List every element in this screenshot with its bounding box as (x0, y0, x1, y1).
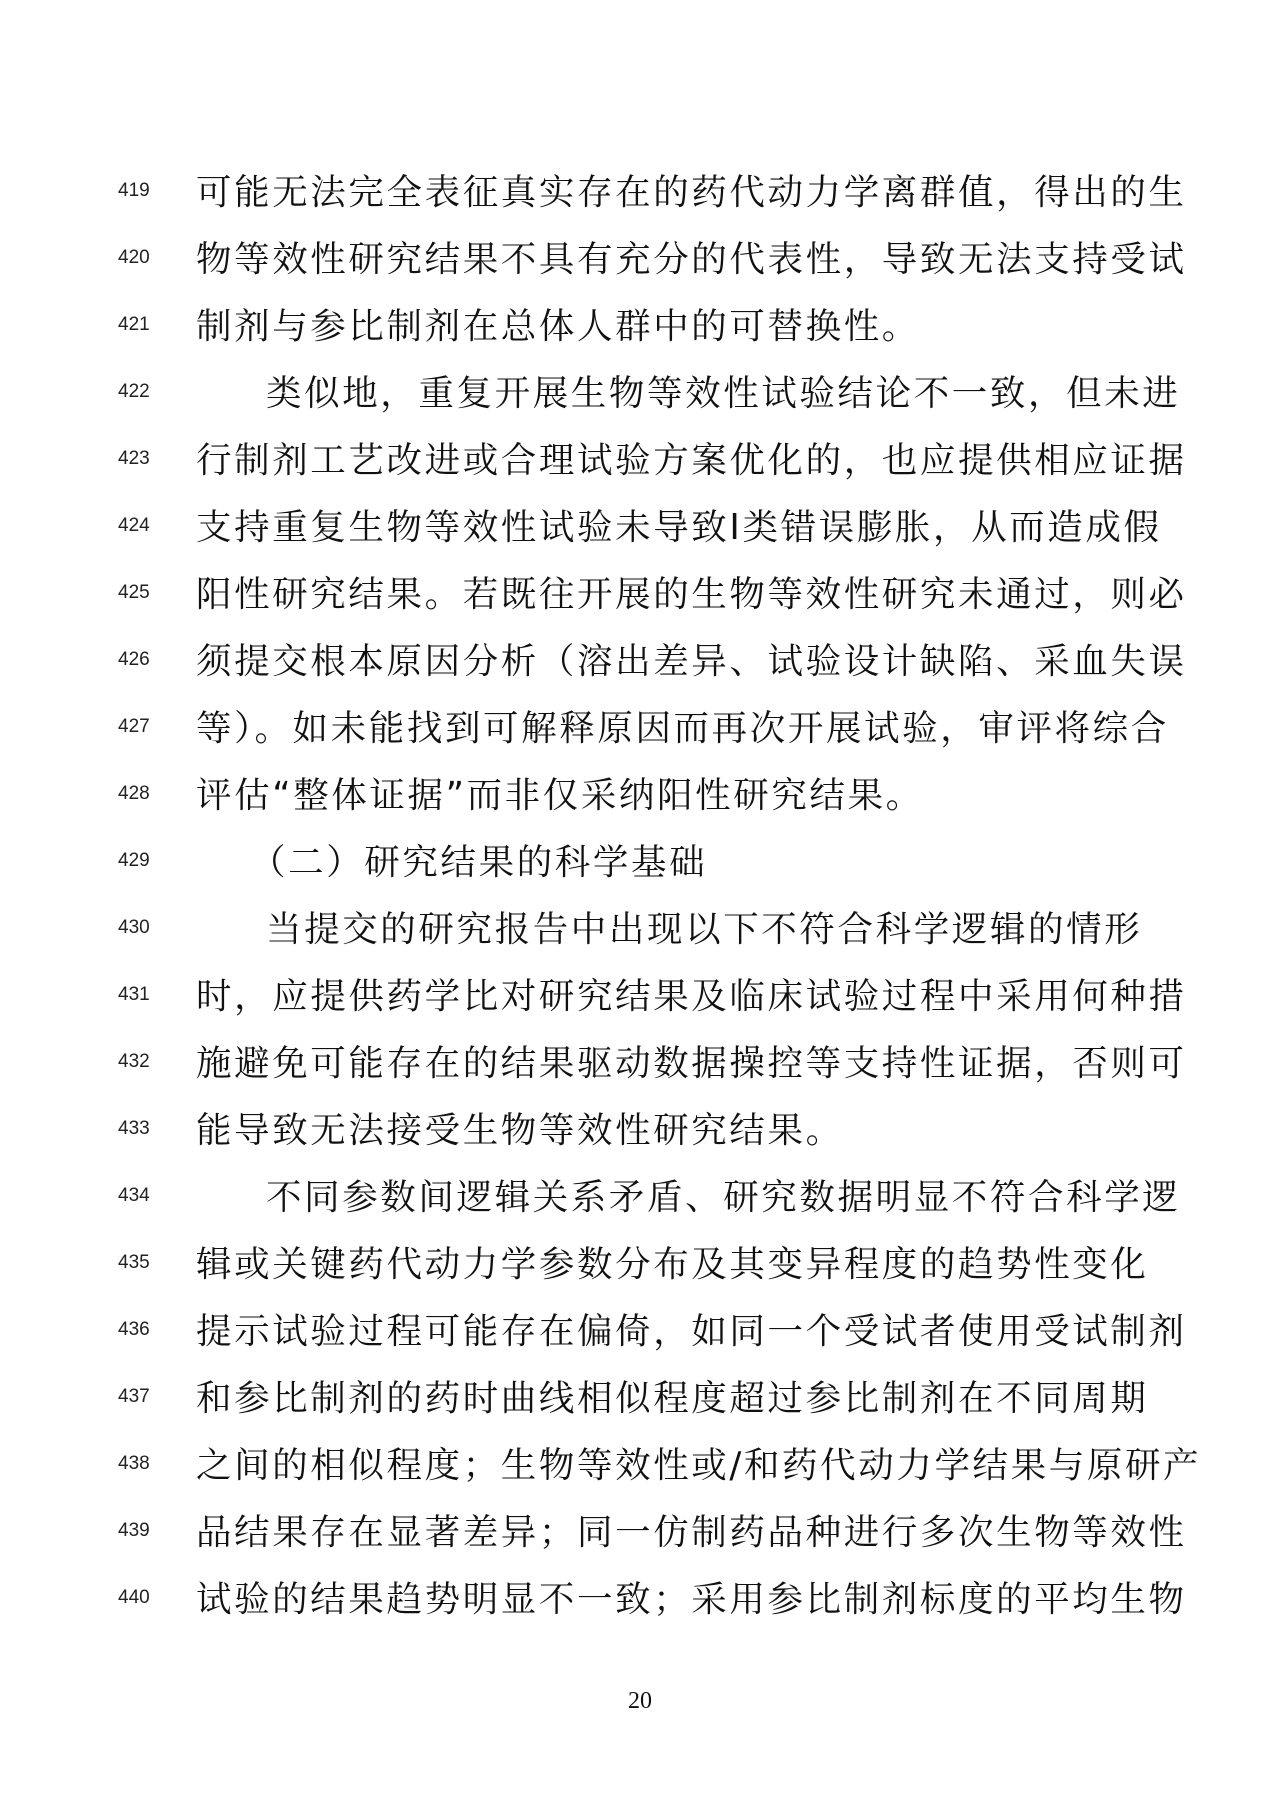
line-number: 421 (118, 314, 166, 336)
line-text: 评估“整体证据”而非仅采纳阳性研究结果。 (196, 767, 1096, 818)
line-number: 438 (118, 1453, 166, 1475)
text-line: 422 类似地，重复开展生物等效性试验结论不一致，但未进 (0, 361, 1280, 428)
line-number: 422 (118, 381, 166, 403)
line-text: 能导致无法接受生物等效性研究结果。 (196, 1102, 1096, 1153)
line-number: 426 (118, 649, 166, 671)
text-line: 420 物等效性研究结果不具有充分的代表性，导致无法支持受试 (0, 227, 1280, 294)
text-line: 435 辑或关键药代动力学参数分布及其变异程度的趋势性变化 (0, 1232, 1280, 1299)
line-number: 430 (118, 917, 166, 939)
line-number: 419 (118, 180, 166, 202)
line-text: 阳性研究结果。若既往开展的生物等效性研究未通过，则必 (196, 566, 1096, 617)
line-text: 时，应提供药学比对研究结果及临床试验过程中采用何种措 (196, 968, 1096, 1019)
text-line: 421 制剂与参比制剂在总体人群中的可替换性。 (0, 294, 1280, 361)
line-text: 提示试验过程可能存在偏倚，如同一个受试者使用受试制剂 (196, 1303, 1096, 1354)
text-line: 427 等）。如未能找到可解释原因而再次开展试验，审评将综合 (0, 696, 1280, 763)
line-text: 须提交根本原因分析（溶出差异、试验设计缺陷、采血失误 (196, 633, 1096, 684)
line-number: 424 (118, 515, 166, 537)
line-text: 施避免可能存在的结果驱动数据操控等支持性证据，否则可 (196, 1035, 1096, 1086)
line-number: 428 (118, 783, 166, 805)
text-line: 439 品结果存在显著差异；同一仿制药品种进行多次生物等效性 (0, 1500, 1280, 1567)
text-line: 430 当提交的研究报告中出现以下不符合科学逻辑的情形 (0, 897, 1280, 964)
line-text: 可能无法完全表征真实存在的药代动力学离群值，得出的生 (196, 164, 1096, 215)
paragraph-start-text: 当提交的研究报告中出现以下不符合科学逻辑的情形 (266, 901, 1166, 952)
line-text: 物等效性研究结果不具有充分的代表性，导致无法支持受试 (196, 231, 1096, 282)
line-number: 432 (118, 1051, 166, 1073)
line-number: 425 (118, 582, 166, 604)
line-number: 439 (118, 1520, 166, 1542)
text-line: 429 （二）研究结果的科学基础 (0, 830, 1280, 897)
text-line: 438 之间的相似程度；生物等效性或/和药代动力学结果与原研产 (0, 1433, 1280, 1500)
line-text: 等）。如未能找到可解释原因而再次开展试验，审评将综合 (196, 700, 1096, 751)
line-number: 437 (118, 1386, 166, 1408)
line-number: 435 (118, 1252, 166, 1274)
text-line: 423 行制剂工艺改进或合理试验方案优化的，也应提供相应证据 (0, 428, 1280, 495)
line-text: 之间的相似程度；生物等效性或/和药代动力学结果与原研产 (196, 1437, 1096, 1488)
line-number: 433 (118, 1118, 166, 1140)
line-number: 420 (118, 247, 166, 269)
text-line: 432 施避免可能存在的结果驱动数据操控等支持性证据，否则可 (0, 1031, 1280, 1098)
text-line: 428 评估“整体证据”而非仅采纳阳性研究结果。 (0, 763, 1280, 830)
text-line: 437 和参比制剂的药时曲线相似程度超过参比制剂在不同周期 (0, 1366, 1280, 1433)
paragraph-start-text: 类似地，重复开展生物等效性试验结论不一致，但未进 (266, 365, 1166, 416)
document-page: 419 可能无法完全表征真实存在的药代动力学离群值，得出的生 420 物等效性研… (0, 0, 1280, 1810)
section-heading: （二）研究结果的科学基础 (250, 834, 1150, 885)
paragraph-start-text: 不同参数间逻辑关系矛盾、研究数据明显不符合科学逻 (266, 1169, 1166, 1220)
line-number: 440 (118, 1587, 166, 1609)
text-line: 440 试验的结果趋势明显不一致；采用参比制剂标度的平均生物 (0, 1567, 1280, 1634)
line-number: 431 (118, 984, 166, 1006)
text-line: 419 可能无法完全表征真实存在的药代动力学离群值，得出的生 (0, 160, 1280, 227)
text-line: 425 阳性研究结果。若既往开展的生物等效性研究未通过，则必 (0, 562, 1280, 629)
line-number: 434 (118, 1185, 166, 1207)
line-number: 436 (118, 1319, 166, 1341)
page-number: 20 (0, 1688, 1280, 1715)
text-line: 433 能导致无法接受生物等效性研究结果。 (0, 1098, 1280, 1165)
line-text: 行制剂工艺改进或合理试验方案优化的，也应提供相应证据 (196, 432, 1096, 483)
line-text: 品结果存在显著差异；同一仿制药品种进行多次生物等效性 (196, 1504, 1096, 1555)
line-text: 试验的结果趋势明显不一致；采用参比制剂标度的平均生物 (196, 1571, 1096, 1622)
line-number: 423 (118, 448, 166, 470)
text-line: 426 须提交根本原因分析（溶出差异、试验设计缺陷、采血失误 (0, 629, 1280, 696)
text-line: 431 时，应提供药学比对研究结果及临床试验过程中采用何种措 (0, 964, 1280, 1031)
line-text: 制剂与参比制剂在总体人群中的可替换性。 (196, 298, 1096, 349)
text-line: 436 提示试验过程可能存在偏倚，如同一个受试者使用受试制剂 (0, 1299, 1280, 1366)
line-number: 429 (118, 850, 166, 872)
line-number: 427 (118, 716, 166, 738)
line-text: 辑或关键药代动力学参数分布及其变异程度的趋势性变化 (196, 1236, 1096, 1287)
text-line: 434 不同参数间逻辑关系矛盾、研究数据明显不符合科学逻 (0, 1165, 1280, 1232)
line-text: 支持重复生物等效性试验未导致Ⅰ类错误膨胀，从而造成假 (196, 499, 1096, 550)
line-text: 和参比制剂的药时曲线相似程度超过参比制剂在不同周期 (196, 1370, 1096, 1421)
text-line: 424 支持重复生物等效性试验未导致Ⅰ类错误膨胀，从而造成假 (0, 495, 1280, 562)
